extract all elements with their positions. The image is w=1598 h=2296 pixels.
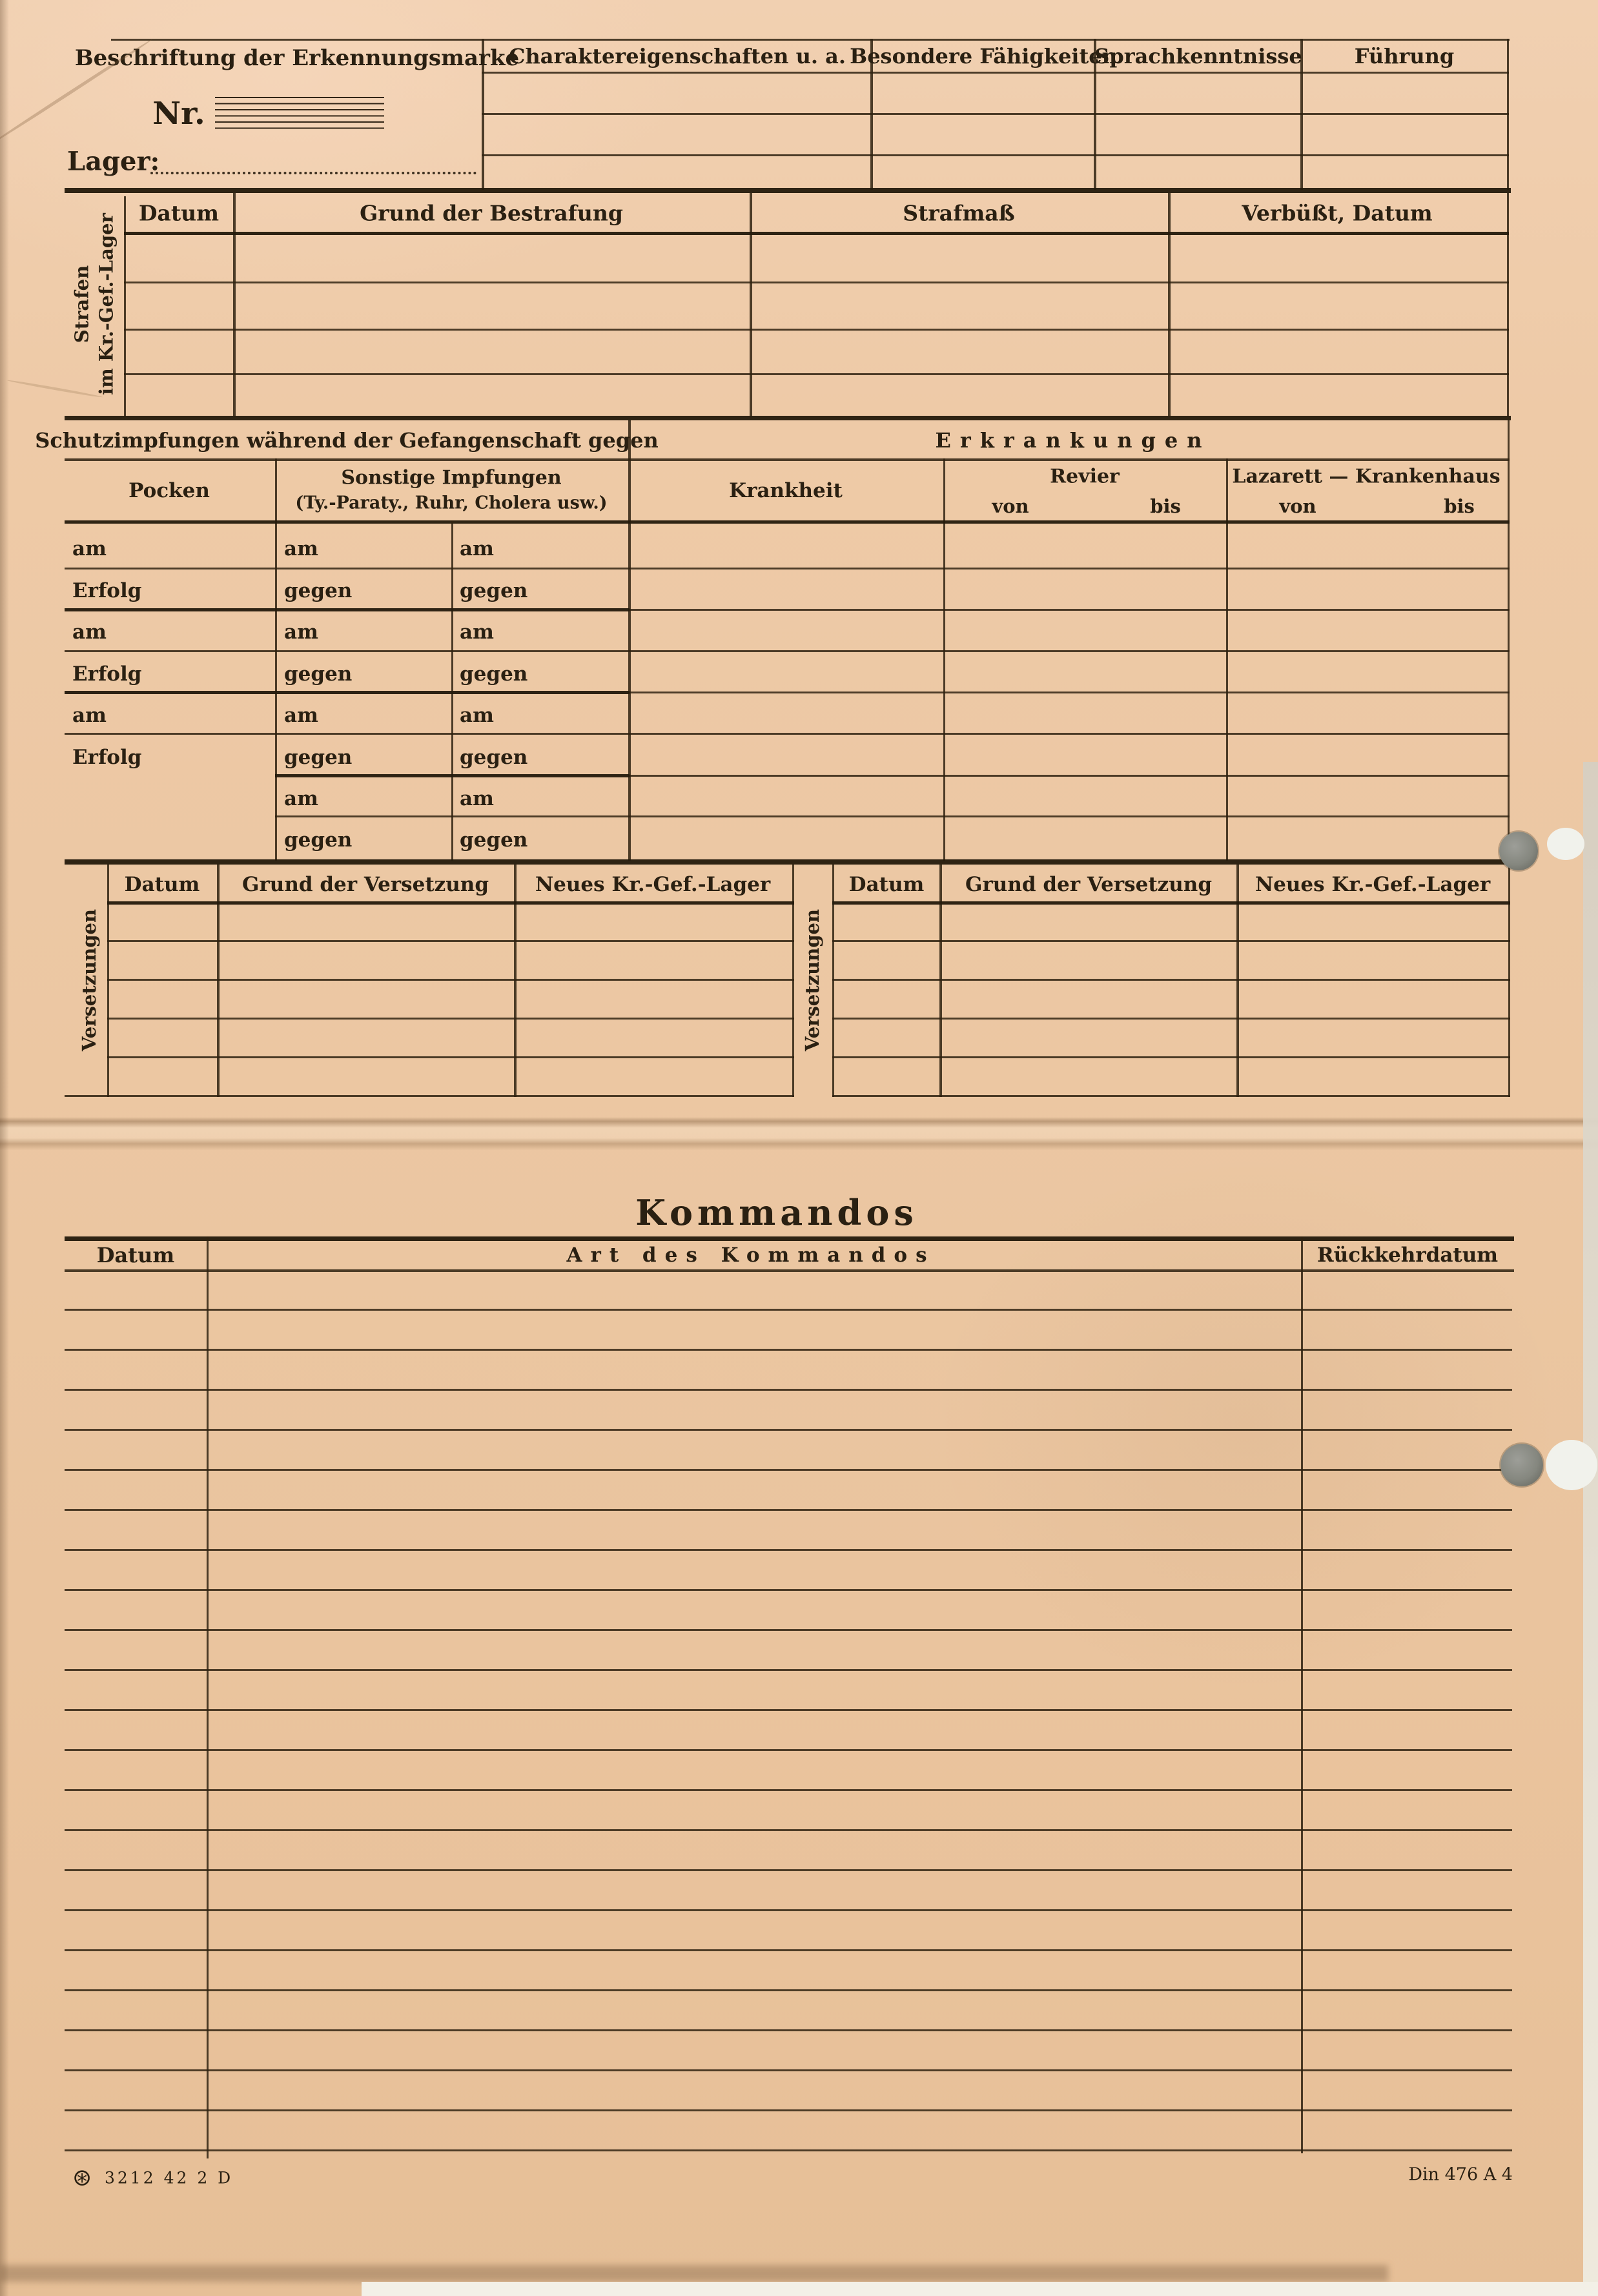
header-underline: [124, 232, 1509, 235]
printer-mark-icon: ⊛: [72, 2165, 92, 2191]
row-line: [124, 373, 1509, 375]
kommandos-ruled-lines: [65, 1271, 1512, 2153]
row-line: [107, 979, 794, 981]
strafen-side-label: Strafen im Kr.-Gef.-Lager: [70, 213, 118, 395]
erkrankungen-header: Erkrankungen: [936, 428, 1211, 453]
row-label-am: am: [460, 537, 494, 560]
section-thick-line: [65, 188, 1511, 193]
versetzungen-header-grund: Grund der Versetzung: [965, 873, 1212, 896]
column-divider: [1226, 458, 1228, 861]
row-label-erfolg: Erfolg: [72, 746, 141, 769]
strafen-header-datum: Datum: [139, 201, 219, 226]
strafen-header-grund: Grund der Bestrafung: [360, 201, 623, 226]
fold-crease: [0, 1117, 1598, 1153]
impfungen-col-sonstige-note: (Ty.-Paraty., Ruhr, Cholera usw.): [295, 493, 607, 513]
column-divider: [233, 193, 236, 416]
column-divider: [514, 865, 517, 1097]
row-label-am: am: [284, 787, 318, 810]
row-line: [630, 609, 1510, 611]
row-label-erfolg: Erfolg: [72, 662, 141, 686]
section-thick-line: [65, 416, 1511, 420]
side-label-divider: [832, 865, 834, 1097]
versetzungen-side-label: Versetzungen: [801, 909, 823, 1051]
row-label-gegen: gegen: [460, 828, 528, 852]
left-edge-shadow: [0, 0, 9, 2296]
row-line: [65, 733, 1510, 735]
erkrankungen-col-lazarett: Lazarett — Krankenhaus: [1232, 466, 1500, 488]
row-line: [124, 329, 1509, 331]
right-border: [1507, 193, 1509, 416]
column-divider: [1301, 1236, 1303, 2153]
versetzungen-header-neues-lager: Neues Kr.-Gef.-Lager: [535, 873, 770, 896]
strafen-side-label-line2: im Kr.-Gef.-Lager: [94, 213, 119, 395]
bottom-edge-shadow: [0, 2265, 1388, 2282]
row-line: [65, 568, 1510, 569]
row-label-am: am: [460, 620, 494, 644]
col-header-fuehrung: Führung: [1355, 44, 1454, 68]
row-label-am: am: [460, 787, 494, 810]
row-label-gegen: gegen: [284, 828, 352, 852]
row-line-thick: [65, 608, 630, 611]
punch-hole: [1501, 1444, 1543, 1486]
right-paper-edge: [1583, 762, 1598, 2296]
revier-bis-label: bis: [1150, 495, 1181, 517]
revier-von-label: von: [992, 495, 1029, 517]
section-thick-line: [65, 859, 1511, 865]
lazarett-von-label: von: [1279, 495, 1316, 517]
strafen-side-label-line1: Strafen: [70, 213, 94, 395]
versetzungen-header-grund: Grund der Versetzung: [242, 873, 489, 896]
impfungen-col-pocken: Pocken: [128, 479, 210, 502]
col-header-faehigkeiten: Besondere Fähigkeiten: [850, 44, 1117, 68]
row-line: [832, 1056, 1510, 1058]
column-divider: [750, 193, 752, 416]
versetzungen-header-neues-lager: Neues Kr.-Gef.-Lager: [1255, 873, 1490, 896]
row-label-am: am: [284, 704, 318, 727]
kommandos-header-rueckkehr: Rückkehrdatum: [1317, 1244, 1498, 1267]
bottom-paper-edge: [362, 2282, 1598, 2296]
row-line: [832, 1018, 1510, 1020]
row-line: [832, 979, 1510, 981]
idtag-number-ruled-lines: [215, 97, 384, 130]
header-underline: [65, 458, 1510, 461]
column-divider: [275, 458, 277, 861]
row-line: [107, 1056, 794, 1058]
row-line: [832, 940, 1510, 942]
row-label-erfolg: Erfolg: [72, 579, 141, 602]
row-line: [65, 650, 1510, 652]
row-line-thick: [65, 691, 630, 694]
idtag-box-title: Beschriftung der Erkennungsmarke: [75, 45, 519, 71]
print-code: 3212 42 2 D: [105, 2169, 233, 2188]
impfungen-header: Schutzimpfungen während der Gefangenscha…: [35, 428, 659, 453]
subheader-underline: [65, 520, 1510, 524]
kommandos-title: Kommandos: [635, 1192, 917, 1233]
row-label-gegen: gegen: [284, 746, 352, 769]
impfungen-col-sonstige: Sonstige Impfungen: [341, 467, 561, 489]
erkrankungen-col-revier: Revier: [1050, 466, 1120, 488]
row-line: [482, 113, 1509, 115]
punch-hole-tear: [1546, 1440, 1597, 1490]
side-label-divider: [107, 865, 109, 1097]
row-line: [107, 1018, 794, 1020]
table-right-border: [792, 865, 794, 1097]
row-label-gegen: gegen: [284, 662, 352, 686]
row-line: [275, 815, 1510, 817]
side-label-divider: [124, 196, 126, 416]
strafen-header-verbuesst: Verbüßt, Datum: [1242, 201, 1432, 226]
kommandos-header-datum: Datum: [97, 1243, 174, 1267]
versetzungen-side-label: Versetzungen: [78, 909, 100, 1051]
row-line: [630, 775, 1510, 777]
punch-hole: [1499, 832, 1538, 870]
table-bottom-line: [832, 1095, 1510, 1097]
idtag-nr-label: Nr.: [152, 96, 205, 132]
column-divider: [207, 1236, 209, 2158]
column-divider: [939, 865, 942, 1097]
erkrankungen-col-krankheit: Krankheit: [729, 479, 843, 502]
row-line-thick: [275, 774, 630, 777]
lager-dotted-line: [150, 154, 476, 174]
punch-hole-tear: [1547, 828, 1584, 860]
row-label-am: am: [284, 537, 318, 560]
row-label-am: am: [72, 537, 107, 560]
table-bottom-line: [65, 1095, 794, 1097]
versetzungen-header-datum: Datum: [125, 873, 200, 896]
versetzungen-header-datum: Datum: [849, 873, 925, 896]
row-line: [124, 282, 1509, 283]
row-label-gegen: gegen: [460, 662, 528, 686]
row-line: [630, 692, 1510, 693]
right-border: [1508, 420, 1510, 861]
header-underline: [832, 901, 1510, 905]
din-format-code: Din 476 A 4: [1408, 2165, 1513, 2185]
row-line: [482, 154, 1509, 156]
pow-record-card: Beschriftung der Erkennungsmarke Nr. Lag…: [0, 0, 1598, 2296]
section-thick-line: [65, 1236, 1514, 1241]
kommandos-header-art: Art des Kommandos: [566, 1244, 935, 1267]
row-label-am: am: [72, 620, 107, 644]
col-header-sprachen: Sprachkenntnisse: [1094, 44, 1302, 68]
lager-label: Lager:: [67, 147, 159, 177]
section-divider: [628, 420, 631, 861]
row-label-am: am: [284, 620, 318, 644]
strafen-header-strafmass: Strafmaß: [903, 201, 1014, 226]
header-underline: [107, 901, 794, 905]
column-divider: [1168, 193, 1171, 416]
lazarett-bis-label: bis: [1444, 495, 1475, 517]
header-underline: [482, 72, 1509, 74]
column-divider: [1236, 865, 1239, 1097]
row-label-gegen: gegen: [460, 746, 528, 769]
column-divider: [943, 458, 945, 861]
row-label-gegen: gegen: [460, 579, 528, 602]
row-label-am: am: [460, 704, 494, 727]
row-label-am: am: [72, 704, 107, 727]
row-line: [107, 940, 794, 942]
row-label-gegen: gegen: [284, 579, 352, 602]
col-header-charakter: Charaktereigenschaften u. a.: [509, 44, 846, 68]
column-divider: [217, 865, 220, 1097]
table-right-border: [1508, 865, 1510, 1097]
